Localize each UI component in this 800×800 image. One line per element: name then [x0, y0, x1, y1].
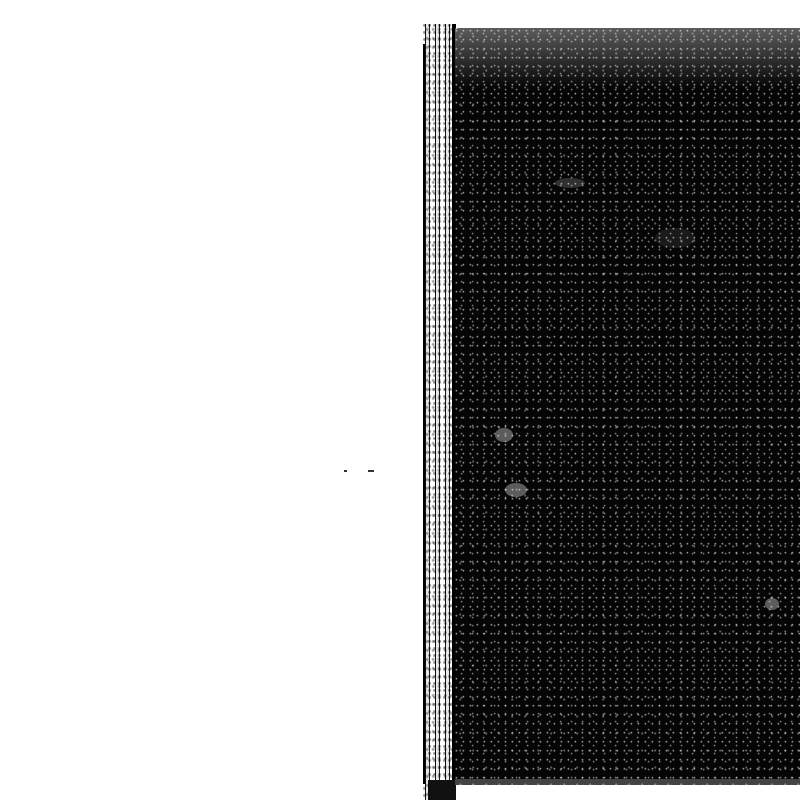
blank-left-area — [0, 0, 420, 800]
cover-scuff — [555, 178, 585, 188]
cover-scuff — [655, 228, 695, 248]
dust-speck — [368, 470, 374, 472]
cover-texture — [455, 28, 800, 785]
cover-scuff — [505, 483, 527, 497]
book-spine — [423, 24, 456, 800]
cover-bottom-edge — [455, 779, 800, 785]
dust-speck — [344, 470, 347, 472]
cover-scuff — [765, 598, 779, 610]
cover-scuff — [495, 428, 513, 442]
front-cover — [455, 28, 800, 785]
spine-foot — [428, 780, 456, 800]
cover-top-wear — [455, 28, 800, 88]
